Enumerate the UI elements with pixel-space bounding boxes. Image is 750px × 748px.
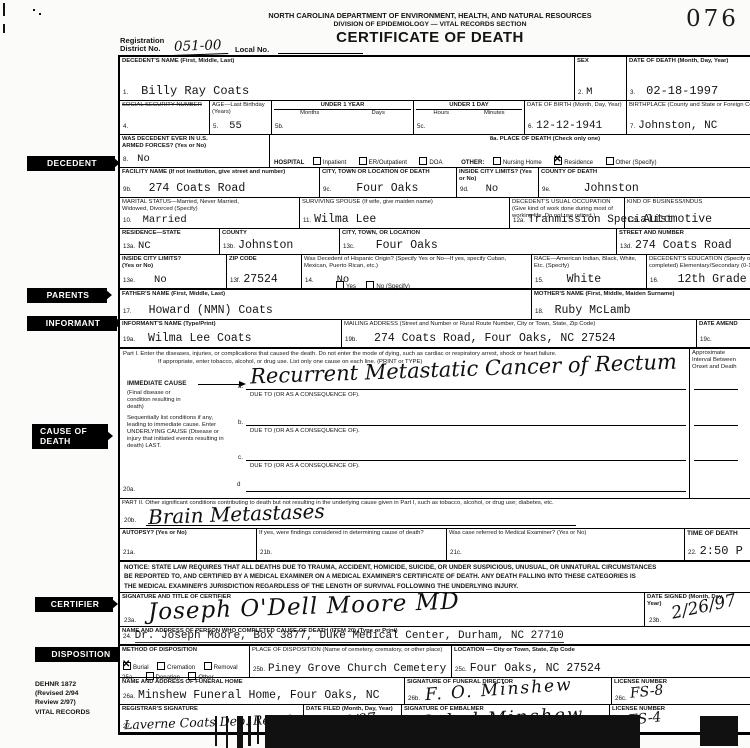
armed-forces-value: No [137,153,150,165]
form-header: NORTH CAROLINA DEPARTMENT OF ENVIRONMENT… [170,11,690,46]
item-number: 5b. [275,123,284,130]
hispanic-origin-value: No [337,274,350,286]
line-c-number: c. [238,454,243,461]
father-name-label: FATHER'S NAME (First, Middle, Last) [122,291,529,298]
race-label: RACE—American Indian, Black, White, Etc.… [534,256,644,270]
completed-by-value: Dr. Joseph Moore, Box 3877, Duke Medical… [135,630,564,643]
row-completed-by: NAME AND ADDRESS OF PERSON WHO COMPLETED… [120,627,750,646]
disposition-location-value: Four Oaks, NC 27524 [470,662,601,675]
armed-forces-field: WAS DECEDENT EVER IN U.S. ARMED FORCES? … [120,135,270,167]
autopsy-field: AUTOPSY? (Yes or No) 21a. [120,529,257,560]
nursing-home-label: Nursing Home [503,159,542,166]
item-number: 26b. [408,695,420,702]
decedent-name-value: Billy Ray Coats [141,84,249,98]
residence-street-field: STREET AND NUMBER 13d.274 Coats Road [617,229,750,254]
item-number: 23a. [124,617,136,624]
days-label: Days [372,110,385,117]
item-number: 8. [123,156,128,163]
line-d-number: d [237,481,240,488]
item-number: 13a. [123,243,135,250]
item-number: 26a. [123,693,135,700]
mailing-address-label: MAILING ADDRESS (Street and Number or Ru… [344,321,694,328]
item-number: 11. [303,217,311,224]
minutes-label: Minutes [484,110,505,117]
interval-label: Approximate Interval Between Onset and D… [692,350,744,371]
certifier-signature-field: SIGNATURE AND TITLE OF CERTIFIER 23a. Jo… [120,593,645,626]
local-no-label: Local No. [235,45,269,54]
doa-label: DOA [429,159,442,166]
arrow-icon [198,384,240,385]
row-cause-part1: Part I. Enter the diseases, injuries, or… [120,349,750,499]
other-specify-checkbox [606,157,614,165]
item-number: 21b. [260,549,272,556]
row-armed-place-of-death: WAS DECEDENT EVER IN U.S. ARMED FORCES? … [120,135,750,168]
hispanic-no-checkbox [366,281,374,289]
line-b-number: b. [238,419,243,426]
residence-icl-value: No [154,274,167,286]
item-number: 17. [123,308,132,315]
sex-label: SEX [577,58,624,65]
hispanic-origin-label: Was Decedent of Hispanic Origin? (Specif… [304,256,529,270]
birthplace-label: BIRTHPLACE (County and State or Foreign … [629,102,750,109]
tab-cause-of-death: CAUSE OF DEATH [32,424,108,449]
under-1-day-label: UNDER 1 DAY [416,102,522,110]
birthplace-value: Johnston, NC [638,120,717,132]
disposition-location-label: LOCATION — City or Town, State, Zip Code [454,647,750,654]
place-of-disposition-field: PLACE OF DISPOSITION (Name of cemetery, … [250,646,452,677]
surviving-spouse-label: SURVIVING SPOUSE (If wife, give maiden n… [302,199,507,206]
decedent-name-label: DECEDENT'S NAME (First, Middle, Last) [122,58,572,65]
license-number-1-field: LICENSE NUMBER 26c. FS-8 [612,678,750,704]
item-number: 19a. [123,336,135,343]
inpatient-label: Inpatient [323,159,346,166]
item-number: 24. [123,633,132,640]
father-name-field: FATHER'S NAME (First, Middle, Last) 17.H… [120,290,532,319]
item-number: 13c. [343,243,355,250]
date-amended-field: DATE AMEND 19c. [697,320,750,347]
er-outpatient-label: ER/Outpatient [369,159,407,166]
cause-line-c [246,460,686,461]
race-field: RACE—American Indian, Black, White, Etc.… [532,255,647,288]
certificate-number-stamp: 076 [686,6,739,32]
row-funeral-home: NAME AND ADDRESS OF FUNERAL HOME 26a.Min… [120,678,750,705]
interval-line-b [694,425,738,426]
cause-line-a [246,389,686,390]
redaction-bar [265,715,640,748]
time-of-death-field: TIME OF DEATH 22.2:50 P [685,529,750,560]
row-informant: INFORMANT'S NAME (Type/Print) 19a.Wilma … [120,320,750,349]
item-number: 14. [305,277,314,284]
interval-line-c [694,460,738,461]
father-name-value: Howard (NMN) Coats [149,304,273,317]
funeral-home-value: Minshew Funeral Home, Four Oaks, NC [138,689,380,702]
barcode-mark [226,716,228,748]
residence-checkbox [554,157,562,165]
immediate-cause-sublabel: (Final disease or condition resulting in… [127,390,189,411]
place-of-death-label: 8a. PLACE OF DEATH (Check only one) [272,136,750,143]
surviving-spouse-field: SURVIVING SPOUSE (If wife, give maiden n… [300,198,510,228]
under-1-year-label: UNDER 1 YEAR [274,102,411,110]
tab-disposition: DISPOSITION [35,647,125,662]
residence-county-field: COUNTY 13b.Johnston [220,229,340,254]
zip-code-label: ZIP CODE [229,256,299,263]
page-title: CERTIFICATE OF DEATH [170,29,690,46]
item-number: 19c. [700,336,712,343]
education-field: DECEDENT'S EDUCATION (Specify only highe… [647,255,750,288]
ssn-label: SOCIAL SECURITY NUMBER [122,102,207,109]
local-no-line [278,53,363,54]
item-number: 9b. [123,186,132,193]
item-number: 13e. [123,277,135,284]
findings-field: If yes, were findings considered in dete… [257,529,447,560]
zip-code-field: ZIP CODE 13f.27524 [227,255,302,288]
medical-examiner-label: Was case referred to Medical Examiner? (… [449,530,682,537]
time-of-death-value: 2:50 P [700,544,743,558]
interval-column: Approximate Interval Between Onset and D… [690,349,750,498]
mailing-address-value: 274 Coats Road, Four Oaks, NC 27524 [374,332,616,345]
form-id-block: DEHNR 1872 (Revised 2/94 Review 2/97) VI… [35,680,90,717]
registration-district-value: 051-00 [172,37,228,56]
hours-label: Hours [433,110,449,117]
informant-name-field: INFORMANT'S NAME (Type/Print) 19a.Wilma … [120,320,342,347]
tab-decedent: DECEDENT [27,156,115,171]
city-of-death-value: Four Oaks [356,182,418,195]
row-zip-race-education: INSIDE CITY LIMITS? (Yes or No) 13e.No Z… [120,255,750,290]
item-number: 10. [123,217,132,224]
ssn-field: SOCIAL SECURITY NUMBER 4. [120,101,210,134]
department-line2: DIVISION OF EPIDEMIOLOGY — VITAL RECORDS… [170,21,690,28]
form-org: VITAL RECORDS [35,708,90,717]
occupation-field: DECEDENT'S USUAL OCCUPATION (Give kind o… [510,198,625,228]
item-number: 13f. [230,277,240,284]
redaction-block [700,716,738,746]
row-marital: MARITAL STATUS—Married, Never Married, W… [120,198,750,229]
form-revision2: Review 2/97) [35,698,90,707]
residence-icl-label: INSIDE CITY LIMITS? (Yes or No) [122,256,192,270]
age-value: 55 [229,120,242,132]
item-number: 2. [578,89,583,96]
item-number: 21a. [123,549,135,556]
marital-status-field: MARITAL STATUS—Married, Never Married, W… [120,198,300,228]
item-number: 25c. [455,666,467,673]
inpatient-checkbox [313,157,321,165]
residence-county-value: Johnston [238,239,293,252]
row-certifier-signature: SIGNATURE AND TITLE OF CERTIFIER 23a. Jo… [120,593,750,627]
birthplace-field: BIRTHPLACE (County and State or Foreign … [627,101,750,134]
due-to-label-2: DUE TO (OR AS A CONSEQUENCE OF). [250,428,360,435]
item-number: 5c. [417,123,425,130]
scan-artifact [3,3,5,16]
barcode-mark [257,716,259,744]
barcode-mark [237,716,243,748]
date-of-death-label: DATE OF DEATH (Month, Day, Year) [629,58,750,65]
part2-line [146,525,576,526]
under-1-year-field: UNDER 1 YEAR Months Days 5b. [272,101,414,134]
form-revision1: (Revised 2/94 [35,689,90,698]
item-number: 13b. [223,243,235,250]
cause-line-b [246,425,686,426]
row-facility: FACILITY NAME (If not institution, give … [120,168,750,198]
months-label: Months [300,110,319,117]
city-of-death-field: CITY, TOWN OR LOCATION OF DEATH 9c.Four … [320,168,457,197]
row-autopsy-tod: AUTOPSY? (Yes or No) 21a. If yes, were f… [120,529,750,562]
item-number: 23b. [649,617,661,624]
informant-name-value: Wilma Lee Coats [148,332,252,345]
license-number-1-value: FS-8 [629,682,664,701]
place-of-disposition-value: Piney Grove Church Cemetery [268,663,446,675]
other-specify-label: Other (Specify) [616,159,657,166]
residence-label: Residence [564,159,593,166]
autopsy-label: AUTOPSY? (Yes or No) [122,530,254,537]
under-1-day-field: UNDER 1 DAY Hours Minutes 5c. [414,101,525,134]
scan-artifact [33,9,35,11]
informant-name-label: INFORMANT'S NAME (Type/Print) [122,321,339,328]
registration-block: RegistrationDistrict No. [120,37,164,54]
completed-by-field: NAME AND ADDRESS OF PERSON WHO COMPLETED… [120,627,750,644]
item-number: 25b. [253,666,265,673]
item-number: 22. [688,549,697,556]
age-label: AGE—Last Birthday (Years) [212,102,269,116]
findings-label: If yes, were findings considered in dete… [259,530,444,537]
tab-parents: PARENTS [27,288,107,303]
county-of-death-label: COUNTY OF DEATH [541,169,750,176]
row-cause-part2: PART II. Other significant conditions co… [120,499,750,529]
item-number: 4. [123,123,128,130]
tab-informant: INFORMANT [27,316,117,331]
icl-death-field: INSIDE CITY LIMITS? (Yes or No) 9d.No [457,168,539,197]
death-certificate-scan: { "header": { "dept1": "NORTH CAROLINA D… [0,0,750,748]
item-number: 18. [535,308,544,315]
education-value: 12th Grade [678,273,747,286]
hispanic-origin-field: Was Decedent of Hispanic Origin? (Specif… [302,255,532,288]
business-field: KIND OF BUSINESS/INDUS 12b.Automotive [625,198,750,228]
row-name-sex-dod: DECEDENT'S NAME (First, Middle, Last) 1.… [120,57,750,101]
surviving-spouse-value: Wilma Lee [314,213,376,226]
icl-death-value: No [486,183,499,195]
scan-artifact [39,13,41,15]
item-number: 12b. [628,217,640,224]
barcode-mark [215,716,217,746]
line-a-number: a. [238,383,243,390]
item-number: 9d. [460,186,469,193]
sex-value: M [586,86,592,98]
medical-examiner-field: Was case referred to Medical Examiner? (… [447,529,685,560]
residence-city-field: CITY, TOWN, OR LOCATION 13c.Four Oaks [340,229,617,254]
barcode-mark [248,716,251,746]
item-number: 15. [535,277,544,284]
cause-part1-main: Part I. Enter the diseases, injuries, or… [120,349,690,498]
cause-line-d [246,491,686,492]
registration-label: RegistrationDistrict No. [120,37,164,54]
row-parents: FATHER'S NAME (First, Middle, Last) 17.H… [120,290,750,320]
er-outpatient-checkbox [359,157,367,165]
time-of-death-label: TIME OF DEATH [687,530,750,538]
method-of-disposition-field: METHOD OF DISPOSITION Burial Cremation R… [120,646,250,677]
disposition-location-field: LOCATION — City or Town, State, Zip Code… [452,646,750,677]
scan-artifact [3,24,5,33]
mother-name-value: Ruby McLamb [555,304,631,317]
part2-field: PART II. Other significant conditions co… [120,499,750,528]
item-number: 16. [650,277,659,284]
facility-name-label: FACILITY NAME (If not institution, give … [122,169,317,176]
due-to-label-3: DUE TO (OR AS A CONSEQUENCE OF). [250,463,360,470]
mother-name-label: MOTHER'S NAME (First, Middle, Maiden Sur… [534,291,750,298]
city-of-death-label: CITY, TOWN OR LOCATION OF DEATH [322,169,454,176]
business-value: Automotive [643,213,712,226]
doa-checkbox [419,157,427,165]
interval-line-a [694,389,738,390]
date-amended-label: DATE AMEND [699,321,750,328]
item-number: 13d. [620,243,632,250]
department-line1: NORTH CAROLINA DEPARTMENT OF ENVIRONMENT… [170,11,690,20]
date-of-death-value: 02-18-1997 [646,84,718,98]
notice-line2: BE REPORTED TO, AND CERTIFIED BY A MEDIC… [124,573,750,580]
item-20a-number: 20a. [123,486,135,493]
item-number: 3. [630,89,635,96]
county-of-death-value: Johnston [584,182,639,195]
residence-street-value: 274 Coats Road [635,239,732,252]
item-number: 7. [630,123,635,130]
notice-line1: NOTICE: STATE LAW REQUIRES THAT ALL DEAT… [124,564,750,571]
mailing-address-field: MAILING ADDRESS (Street and Number or Ru… [342,320,697,347]
residence-city-value: Four Oaks [376,239,438,252]
method-of-disposition-label: METHOD OF DISPOSITION [122,647,247,654]
item-20b-number: 20b. [124,517,136,524]
item-number: 6. [528,123,533,130]
date-of-birth-label: DATE OF BIRTH (Month, Day, Year) [527,102,624,109]
business-label: KIND OF BUSINESS/INDUS [627,199,750,206]
county-of-death-field: COUNTY OF DEATH 9e.Johnston [539,168,750,197]
item-number: 26c. [615,695,627,702]
row-ssn-age-dob: SOCIAL SECURITY NUMBER 4. AGE—Last Birth… [120,101,750,135]
item-number: 1. [123,89,128,96]
certificate-form: DECEDENT'S NAME (First, Middle, Last) 1.… [118,55,750,735]
item-number: 9e. [542,186,551,193]
removal-label: Removal [214,664,238,671]
item-number: 21c. [450,549,462,556]
funeral-director-signature-field: SIGNATURE OF FUNERAL DIRECTOR 26b. F. O.… [405,678,612,704]
item-number: 12a. [513,217,525,224]
marital-status-value: Married [143,214,187,226]
race-value: White [567,273,602,286]
date-of-death-field: DATE OF DEATH (Month, Day, Year) 3.02-18… [627,57,750,100]
tab-certifier: CERTIFIER [35,597,113,612]
hospital-group-label: HOSPITAL [274,159,304,166]
place-of-disposition-label: PLACE OF DISPOSITION (Name of cemetery, … [252,647,449,654]
residence-state-value: NC [138,240,151,252]
facility-name-value: 274 Coats Road [149,182,246,195]
other-group-label: OTHER: [461,159,484,166]
education-label: DECEDENT'S EDUCATION (Specify only highe… [649,256,750,270]
place-of-death-field: 8a. PLACE OF DEATH (Check only one) HOSP… [270,135,750,167]
residence-icl-field: INSIDE CITY LIMITS? (Yes or No) 13e.No [120,255,227,288]
item-number: 5. [213,123,218,130]
immediate-cause-label: IMMEDIATE CAUSE [127,380,187,388]
date-signed-field: DATE SIGNED (Month, Day, Year) 23b. 2/26… [645,593,750,626]
nursing-home-checkbox [493,157,501,165]
date-of-birth-value: 12-12-1941 [536,120,602,132]
sequential-instruction: Sequentially list conditions if any, lea… [127,415,225,450]
decedent-name-field: DECEDENT'S NAME (First, Middle, Last) 1.… [120,57,575,100]
zip-code-value: 27524 [243,273,278,286]
sex-field: SEX 2.M [575,57,627,100]
notice-block: NOTICE: STATE LAW REQUIRES THAT ALL DEAT… [120,562,750,592]
form-number: DEHNR 1872 [35,680,90,689]
residence-state-field: RESIDENCE—STATE 13a.NC [120,229,220,254]
row-residence: RESIDENCE—STATE 13a.NC COUNTY 13b.Johnst… [120,229,750,255]
date-of-birth-field: DATE OF BIRTH (Month, Day, Year) 6.12-12… [525,101,627,134]
mother-name-field: MOTHER'S NAME (First, Middle, Maiden Sur… [532,290,750,319]
item-number: 19b. [345,336,357,343]
row-disposition: METHOD OF DISPOSITION Burial Cremation R… [120,646,750,678]
row-notice: NOTICE: STATE LAW REQUIRES THAT ALL DEAT… [120,562,750,593]
hispanic-no-label: No (Specify) [376,283,410,290]
age-field: AGE—Last Birthday (Years) 5.55 [210,101,272,134]
item-number: 9c. [323,186,331,193]
due-to-label-1: DUE TO (OR AS A CONSEQUENCE OF). [250,392,360,399]
facility-name-field: FACILITY NAME (If not institution, give … [120,168,320,197]
funeral-home-field: NAME AND ADDRESS OF FUNERAL HOME 26a.Min… [120,678,405,704]
